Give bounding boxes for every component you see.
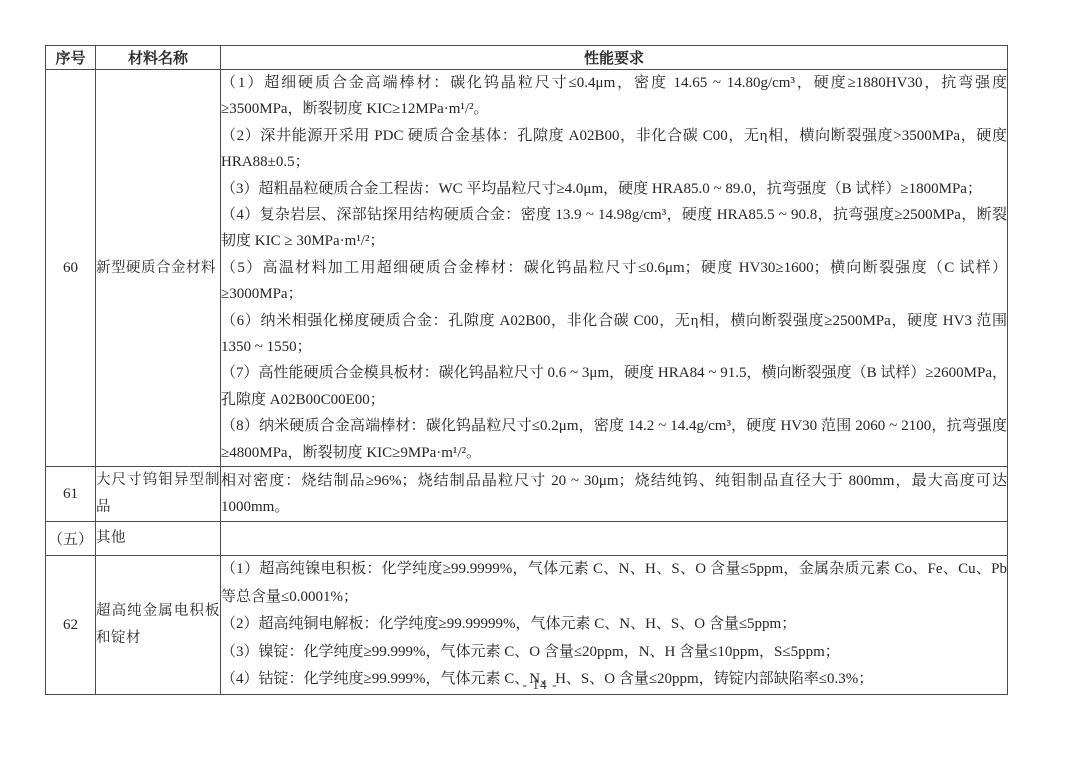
material-name-cell: 新型硬质合金材料 [96,70,221,467]
header-performance-requirements: 性能要求 [221,46,1008,70]
row-number-cell: 61 [46,467,96,522]
requirement-item: （1）超细硬质合金高端棒材：碳化钨晶粒尺寸≤0.4μm，密度 14.65 ~ 1… [221,70,1007,123]
requirement-item: （1）超高纯镍电积板：化学纯度≥99.9999%，气体元素 C、N、H、S、O … [221,556,1007,611]
requirements-cell: 相对密度：烧结制品≥96%；烧结制品晶粒尺寸 20 ~ 30μm；烧结纯钨、纯钼… [221,467,1008,522]
requirements-cell [221,522,1008,556]
page-number: - 14 - [0,677,1080,693]
table-row: 61大尺寸钨钼异型制品相对密度：烧结制品≥96%；烧结制品晶粒尺寸 20 ~ 3… [46,467,1008,522]
requirement-item: （2）深井能源开采用 PDC 硬质合金基体：孔隙度 A02B00，非化合碳 C0… [221,123,1007,176]
document-page: 序号 材料名称 性能要求 60新型硬质合金材料（1）超细硬质合金高端棒材：碳化钨… [0,0,1080,764]
material-name-cell: 大尺寸钨钼异型制品 [96,467,221,522]
requirements-cell: （1）超高纯镍电积板：化学纯度≥99.9999%，气体元素 C、N、H、S、O … [221,556,1008,695]
material-name-cell: 其他 [96,522,221,556]
requirements-cell: （1）超细硬质合金高端棒材：碳化钨晶粒尺寸≤0.4μm，密度 14.65 ~ 1… [221,70,1008,467]
requirement-item: （5）高温材料加工用超细硬质合金棒材：碳化钨晶粒尺寸≤0.6μm；硬度 HV30… [221,255,1007,308]
requirement-item: （6）纳米相强化梯度硬质合金：孔隙度 A02B00，非化合碳 C00，无η相，横… [221,308,1007,361]
requirement-item: （3）超粗晶粒硬质合金工程齿：WC 平均晶粒尺寸≥4.0μm，硬度 HRA85.… [221,176,1007,202]
requirement-item: （3）镍锭：化学纯度≥99.999%，气体元素 C、O 含量≤20ppm，N、H… [221,639,1007,667]
requirement-item: （4）复杂岩层、深部钻探用结构硬质合金：密度 13.9 ~ 14.98g/cm³… [221,202,1007,255]
table-row: （五）其他 [46,522,1008,556]
material-name-cell: 超高纯金属电积板和锭材 [96,556,221,695]
row-number-cell: 62 [46,556,96,695]
table-body: 60新型硬质合金材料（1）超细硬质合金高端棒材：碳化钨晶粒尺寸≤0.4μm，密度… [46,70,1008,695]
materials-table: 序号 材料名称 性能要求 60新型硬质合金材料（1）超细硬质合金高端棒材：碳化钨… [45,45,1008,695]
header-serial-number: 序号 [46,46,96,70]
table-header-row: 序号 材料名称 性能要求 [46,46,1008,70]
table-row: 62超高纯金属电积板和锭材（1）超高纯镍电积板：化学纯度≥99.9999%，气体… [46,556,1008,695]
requirement-item: 相对密度：烧结制品≥96%；烧结制品晶粒尺寸 20 ~ 30μm；烧结纯钨、纯钼… [221,468,1007,521]
row-number-cell: 60 [46,70,96,467]
requirement-item: （7）高性能硬质合金模具板材：碳化钨晶粒尺寸 0.6 ~ 3μm，硬度 HRA8… [221,360,1007,413]
table-row: 60新型硬质合金材料（1）超细硬质合金高端棒材：碳化钨晶粒尺寸≤0.4μm，密度… [46,70,1008,467]
requirement-item: （2）超高纯铜电解板：化学纯度≥99.99999%，气体元素 C、N、H、S、O… [221,611,1007,639]
header-material-name: 材料名称 [96,46,221,70]
row-number-cell: （五） [46,522,96,556]
requirement-item: （8）纳米硬质合金高端棒材：碳化钨晶粒尺寸≤0.2μm，密度 14.2 ~ 14… [221,413,1007,466]
